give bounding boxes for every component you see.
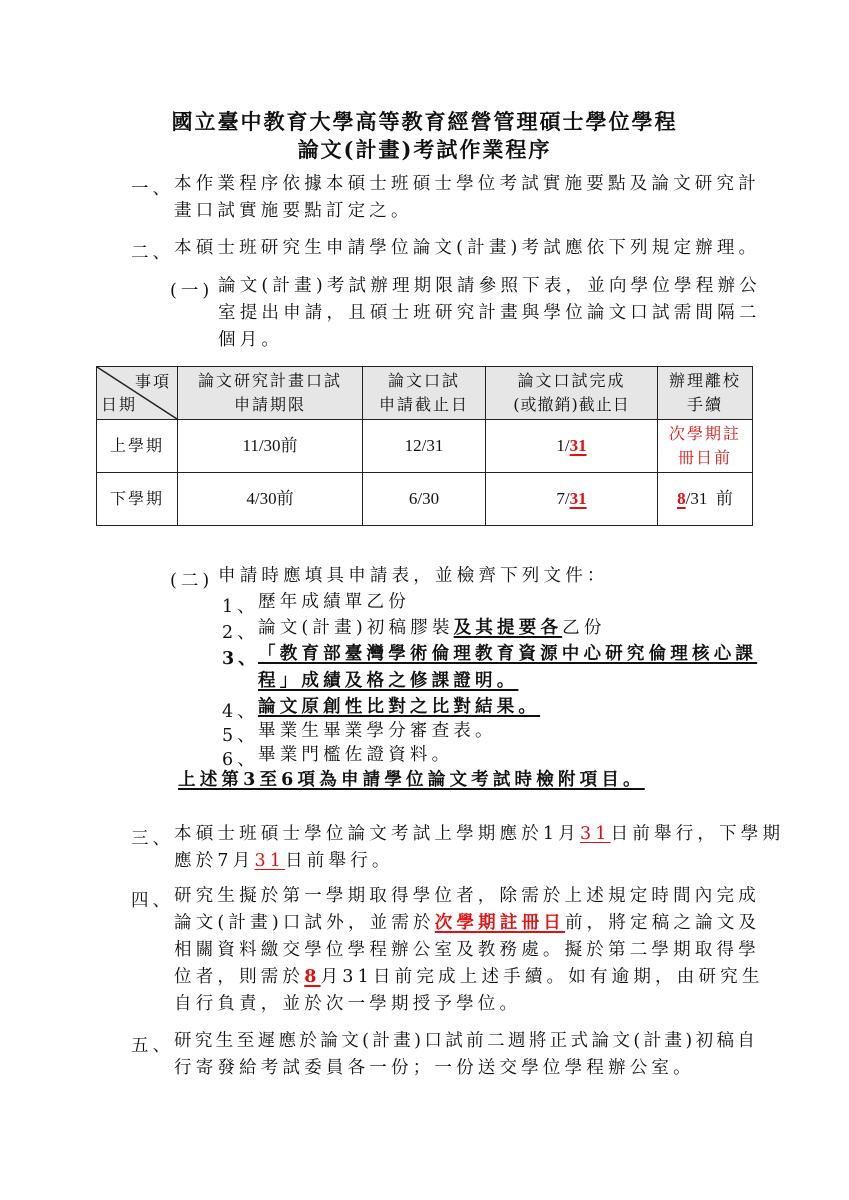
corner-label-items: 事項 (135, 370, 171, 394)
doc-item-6: 畢業門檻佐證資料。 (258, 742, 453, 769)
doc-item-1-number: 1、 (222, 593, 259, 618)
red-date: 31 (570, 489, 587, 508)
section-5-number: 五、 (131, 1032, 174, 1057)
doc-title-line2: 論文(計畫)考試作業程序 (0, 134, 849, 164)
table-header-row: 事項 日期 論文研究計畫口試 申請期限 論文口試 申請截止日 論文口試完成 (或… (97, 367, 753, 420)
doc-item-4-number: 4、 (222, 698, 259, 723)
section-4-number: 四、 (131, 887, 174, 912)
doc-title-line1: 國立臺中教育大學高等教育經營管理碩士學位學程 (0, 106, 849, 136)
section-5-line1: 研究生至遲應於論文(計畫)口試前二週將正式論文(計畫)初稿自 (174, 1028, 758, 1055)
table-corner-cell: 事項 日期 (97, 367, 178, 420)
doc-item-4: 論文原創性比對之比對結果。 (258, 694, 540, 721)
doc-items-summary: 上述第3至6項為申請學位論文考試時檢附項目。 (178, 767, 645, 794)
subsection-1-number: (一) (170, 277, 213, 302)
doc-item-2-number: 2、 (222, 619, 259, 644)
doc-item-5: 畢業生畢業學分審查表。 (258, 718, 497, 745)
leave-procedure-cell: 8/31 前 (658, 473, 753, 526)
doc-item-3-line1: 「教育部臺灣學術倫理教育資源中心研究倫理核心課 (258, 641, 757, 668)
red-date: 31 (570, 436, 587, 455)
table-row-spring: 下學期 4/30前 6/30 7/31 8/31 前 (97, 473, 753, 526)
doc-item-2: 論文(計畫)初稿膠裝及其提要各乙份 (258, 615, 606, 642)
doc-item-1: 歷年成績單乙份 (258, 589, 410, 616)
subsection-1-line3: 個月。 (218, 327, 283, 354)
doc-item-3-line2: 程」成績及格之修課證明。 (258, 668, 518, 695)
subsection-1-line2: 室提出申請，且碩士班研究計畫與學位論文口試需間隔二 (218, 300, 761, 327)
oral-apply-cell: 6/30 (363, 473, 486, 526)
schedule-table: 事項 日期 論文研究計畫口試 申請期限 論文口試 申請截止日 論文口試完成 (或… (96, 366, 753, 526)
section-1-line2: 畫口試實施要點訂定之。 (174, 198, 413, 225)
section-4-line4: 位者，則需於8月31日前完成上述手續。如有逾期，由研究生 (174, 964, 764, 991)
subsection-1-line1: 論文(計畫)考試辦理期限請參照下表，並向學位學程辦公 (218, 273, 761, 300)
row-label: 下學期 (97, 473, 178, 526)
section-1-number: 一、 (131, 175, 174, 200)
table-header-plan-deadline: 論文研究計畫口試 申請期限 (178, 367, 363, 420)
table-header-oral-apply: 論文口試 申請截止日 (363, 367, 486, 420)
leave-procedure-cell: 次學期註 冊日前 (658, 420, 753, 473)
oral-complete-cell: 7/31 (486, 473, 658, 526)
subsection-2-line: 申請時應填具申請表，並檢齊下列文件： (218, 563, 609, 590)
subsection-2-number: (二) (170, 567, 213, 592)
row-label: 上學期 (97, 420, 178, 473)
section-3-number: 三、 (131, 825, 174, 850)
table-header-leave-procedure: 辦理離校 手續 (658, 367, 753, 420)
table-header-oral-complete: 論文口試完成 (或撤銷)截止日 (486, 367, 658, 420)
section-3-line2: 應於7月31日前舉行。 (174, 848, 394, 875)
doc-item-5-number: 5、 (222, 722, 259, 747)
plan-deadline-cell: 11/30前 (178, 420, 363, 473)
section-2-number: 二、 (131, 239, 174, 264)
section-4-line2: 論文(計畫)口試外，並需於次學期註冊日前，將定稿之論文及 (174, 910, 760, 937)
section-4-line1: 研究生擬於第一學期取得學位者，除需於上述規定時間內完成 (174, 883, 760, 910)
oral-complete-cell: 1/31 (486, 420, 658, 473)
section-1-line1: 本作業程序依據本碩士班碩士學位考試實施要點及論文研究計 (174, 171, 760, 198)
section-3-line1: 本碩士班碩士學位論文考試上學期應於1月31日前舉行，下學期 (174, 821, 784, 848)
doc-item-3-number: 3、 (222, 645, 260, 670)
section-4-line3: 相關資料繳交學位學程辦公室及教務處。擬於第二學期取得學 (174, 937, 760, 964)
plan-deadline-cell: 4/30前 (178, 473, 363, 526)
oral-apply-cell: 12/31 (363, 420, 486, 473)
table-row-fall: 上學期 11/30前 12/31 1/31 次學期註 冊日前 (97, 420, 753, 473)
section-2-line: 本碩士班研究生申請學位論文(計畫)考試應依下列規定辦理。 (174, 235, 760, 262)
section-4-line5: 自行負責，並於次一學期授予學位。 (174, 991, 521, 1018)
section-5-line2: 行寄發給考試委員各一份；一份送交學位學程辦公室。 (174, 1055, 695, 1082)
corner-label-date: 日期 (101, 393, 137, 417)
